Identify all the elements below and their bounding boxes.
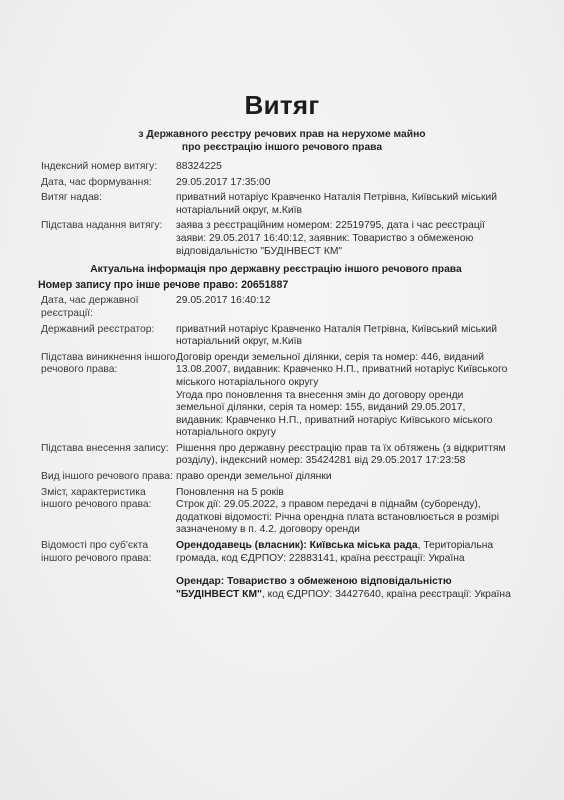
field-value: право оренди земельної ділянки: [176, 471, 511, 484]
field-label: Індексний номер витягу:: [41, 161, 176, 174]
lessor-info: Орендодавець (власник): Київська міська …: [176, 540, 511, 565]
basis-document-2: Угода про поновлення та внесення змін до…: [176, 390, 511, 440]
field-value: Договір оренди земельної ділянки, серія …: [176, 352, 511, 440]
lessee-info: Орендар: Товариство з обмеженою відповід…: [176, 576, 511, 601]
field-extract-basis: Підстава надання витягу: заява з реєстра…: [41, 220, 511, 258]
field-label: Підстава надання витягу:: [41, 220, 176, 258]
document-subtitle: з Державного реєстру речових прав на нер…: [0, 128, 564, 154]
field-subjects: Відомості про суб'єкта іншого речового п…: [41, 540, 511, 601]
field-right-content: Зміст, характеристика іншого речового пр…: [41, 487, 511, 537]
basis-document-1: Договір оренди земельної ділянки, серія …: [176, 352, 511, 390]
subtitle-line-1: з Державного реєстру речових прав на нер…: [0, 128, 564, 141]
field-label: Дата, час державної реєстрації:: [41, 295, 176, 320]
field-label: Вид іншого речового права:: [41, 471, 176, 484]
section-heading: Актуальна інформація про державну реєстр…: [41, 264, 511, 277]
field-label: Відомості про суб'єкта іншого речового п…: [41, 540, 176, 601]
document-title: Витяг: [0, 90, 564, 121]
subtitle-line-2: про реєстрацію іншого речового права: [0, 141, 564, 154]
field-value: Рішення про державну реєстрацію прав та …: [176, 443, 511, 468]
field-value: заява з реєстраційним номером: 22519795,…: [176, 220, 511, 258]
content-term: Поновлення на 5 років: [176, 487, 511, 500]
field-value: 88324225: [176, 161, 511, 174]
field-formation-date: Дата, час формування: 29.05.2017 17:35:0…: [41, 177, 511, 190]
field-value: Орендодавець (власник): Київська міська …: [176, 540, 511, 601]
content-details: Строк дії: 29.05.2022, з правом передачі…: [176, 499, 511, 537]
field-label: Витяг надав:: [41, 192, 176, 217]
lessor-name: Орендодавець (власник): Київська міська …: [176, 540, 418, 551]
field-label: Підстава виникнення іншого речового прав…: [41, 352, 176, 440]
record-number-value: 20651887: [241, 279, 288, 291]
field-value: приватний нотаріус Кравченко Наталія Пет…: [176, 192, 511, 217]
field-entry-basis: Підстава внесення запису: Рішення про де…: [41, 443, 511, 468]
field-label: Зміст, характеристика іншого речового пр…: [41, 487, 176, 537]
field-value: приватний нотаріус Кравченко Наталія Пет…: [176, 324, 511, 349]
field-value: 29.05.2017 17:35:00: [176, 177, 511, 190]
field-right-type: Вид іншого речового права: право оренди …: [41, 471, 511, 484]
field-registrar: Державний реєстратор: приватний нотаріус…: [41, 324, 511, 349]
record-number-line: Номер запису про інше речове право: 2065…: [38, 279, 511, 292]
field-index-number: Індексний номер витягу: 88324225: [41, 161, 511, 174]
field-label: Державний реєстратор:: [41, 324, 176, 349]
document-page: Витяг з Державного реєстру речових прав …: [0, 0, 564, 800]
field-value: Поновлення на 5 років Строк дії: 29.05.2…: [176, 487, 511, 537]
field-issued-by: Витяг надав: приватний нотаріус Кравченк…: [41, 192, 511, 217]
field-label: Дата, час формування:: [41, 177, 176, 190]
field-right-basis: Підстава виникнення іншого речового прав…: [41, 352, 511, 440]
field-registration-date: Дата, час державної реєстрації: 29.05.20…: [41, 295, 511, 320]
lessee-details: , код ЄДРПОУ: 34427640, країна реєстраці…: [262, 589, 511, 600]
document-body: Індексний номер витягу: 88324225 Дата, ч…: [41, 161, 511, 604]
field-value: 29.05.2017 16:40:12: [176, 295, 511, 320]
record-number-label: Номер запису про інше речове право:: [38, 279, 238, 291]
field-label: Підстава внесення запису:: [41, 443, 176, 468]
